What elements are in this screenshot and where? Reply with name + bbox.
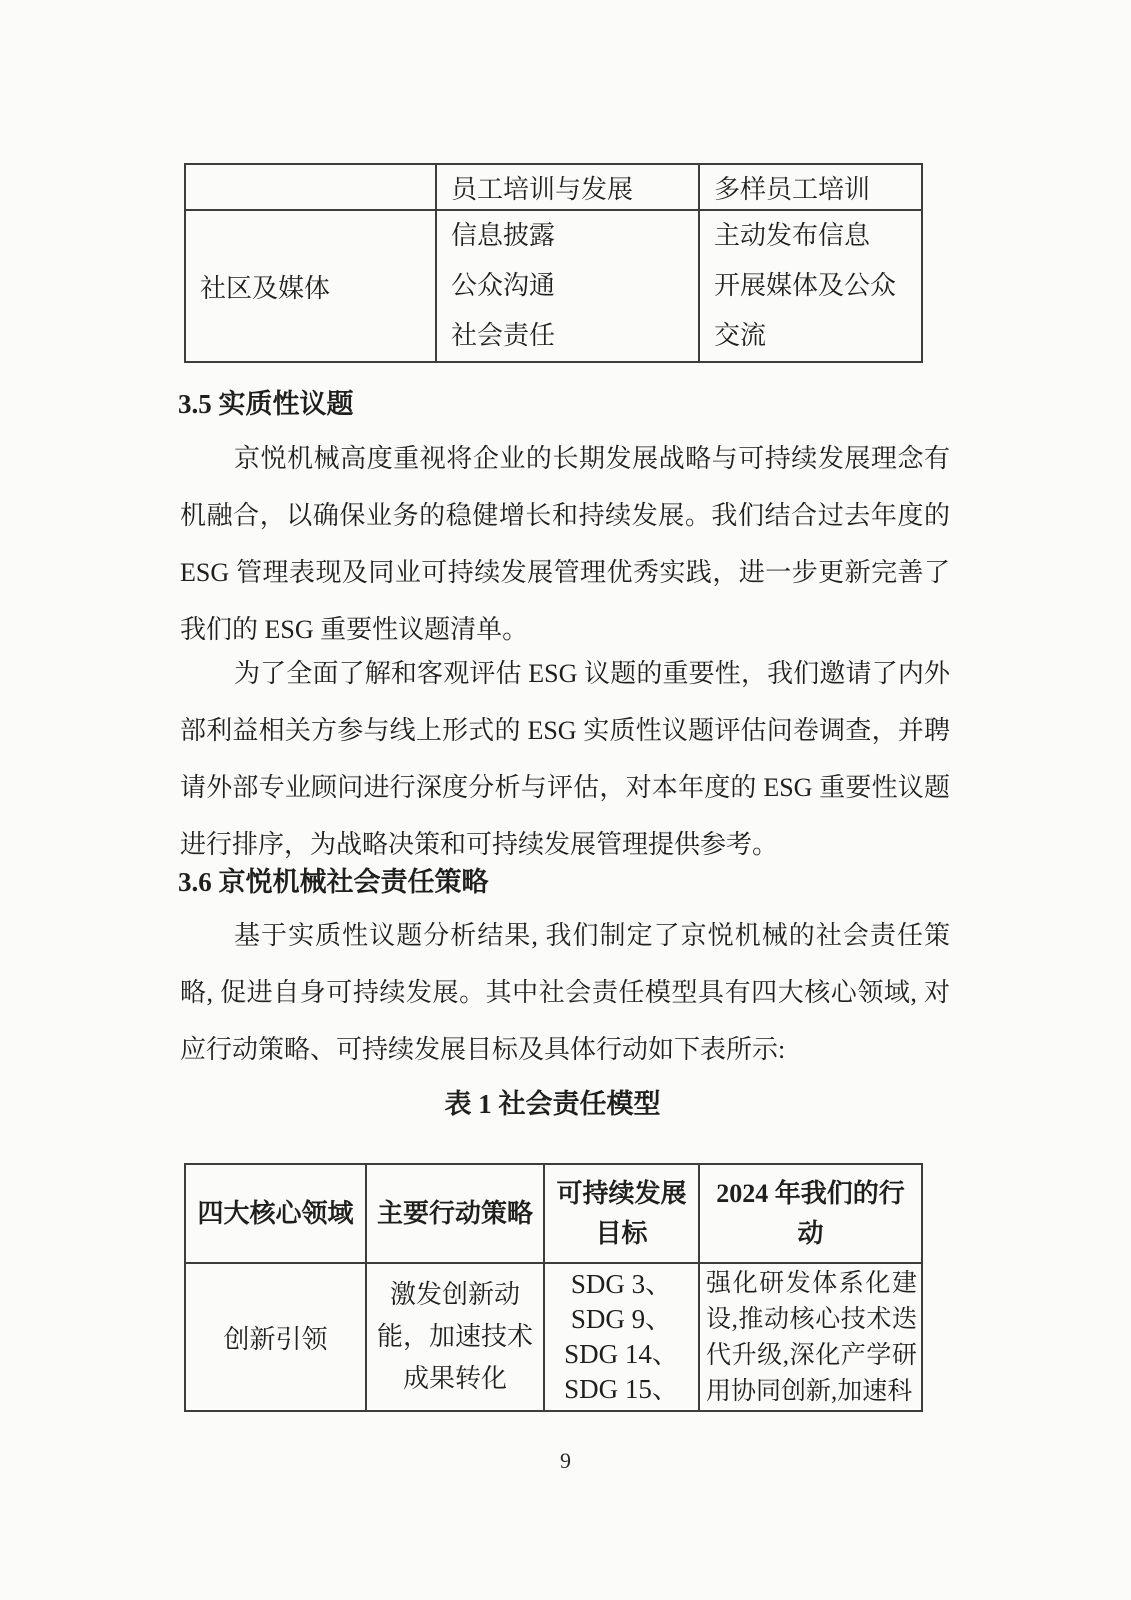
stakeholder-action-cell: 主动发布信息 开展媒体及公众交流 [699, 210, 922, 362]
section-3-5-heading: 3.5 实质性议题 [178, 382, 354, 421]
stakeholder-table: 员工培训与发展 多样员工培训 社区及媒体 信息披露 公众沟通 社会责任 主动发布… [184, 163, 923, 363]
stakeholder-topic-cell: 员工培训与发展 [436, 164, 699, 210]
cell-line: 社会责任 [451, 311, 698, 361]
action-cell: 强化研发体系化建设,推动核心技术迭代升级,深化产学研用协同创新,加速科 [699, 1263, 922, 1411]
social-responsibility-table: 四大核心领域 主要行动策略 可持续发展目标 2024 年我们的行动 创新引领 激… [184, 1163, 923, 1412]
section-3-6-paragraph-1: 基于实质性议题分析结果, 我们制定了京悦机械的社会责任策略, 促进自身可持续发展… [180, 907, 950, 1078]
section-3-6-heading: 3.6 京悦机械社会责任策略 [178, 860, 489, 899]
cell-line: SDG 9、 [545, 1302, 698, 1337]
cell-line: SDG 15、 [545, 1372, 698, 1407]
section-3-5-paragraph-2: 为了全面了解和客观评估 ESG 议题的重要性，我们邀请了内外部利益相关方参与线上… [180, 645, 950, 873]
table-row: 社区及媒体 信息披露 公众沟通 社会责任 主动发布信息 开展媒体及公众交流 [185, 210, 922, 362]
table-row: 员工培训与发展 多样员工培训 [185, 164, 922, 210]
cell-line: SDG 14、 [545, 1337, 698, 1372]
cell-line: 能，加速技术 [367, 1316, 543, 1358]
header-strategies: 主要行动策略 [366, 1164, 544, 1263]
stakeholder-action-cell: 多样员工培训 [699, 164, 922, 210]
header-2024-actions: 2024 年我们的行动 [699, 1164, 922, 1263]
section-3-5-paragraph-1: 京悦机械高度重视将企业的长期发展战略与可持续发展理念有机融合，以确保业务的稳健增… [180, 430, 950, 658]
header-sdg-goals: 可持续发展目标 [544, 1164, 699, 1263]
cell-line: 公众沟通 [451, 261, 698, 311]
cell-line: 信息披露 [451, 211, 698, 261]
cell-line: 开展媒体及公众交流 [714, 261, 921, 361]
strategy-cell: 激发创新动 能，加速技术 成果转化 [366, 1263, 544, 1411]
cell-line: 主动发布信息 [714, 211, 921, 261]
cell-line: SDG 3、 [545, 1267, 698, 1302]
stakeholder-topic-cell: 信息披露 公众沟通 社会责任 [436, 210, 699, 362]
header-core-areas: 四大核心领域 [185, 1164, 366, 1263]
stakeholder-cell-empty [185, 164, 436, 210]
sdg-cell: SDG 3、 SDG 9、 SDG 14、 SDG 15、 [544, 1263, 699, 1411]
document-page: 员工培训与发展 多样员工培训 社区及媒体 信息披露 公众沟通 社会责任 主动发布… [0, 0, 1131, 1600]
stakeholder-group-cell: 社区及媒体 [185, 210, 436, 362]
table-row: 创新引领 激发创新动 能，加速技术 成果转化 SDG 3、 SDG 9、 SDG… [185, 1263, 922, 1411]
page-number: 9 [0, 1448, 1131, 1474]
cell-line: 激发创新动 [367, 1274, 543, 1316]
table-header-row: 四大核心领域 主要行动策略 可持续发展目标 2024 年我们的行动 [185, 1164, 922, 1263]
core-area-cell: 创新引领 [185, 1263, 366, 1411]
cell-line: 成果转化 [367, 1358, 543, 1400]
table1-caption: 表 1 社会责任模型 [184, 1082, 921, 1121]
